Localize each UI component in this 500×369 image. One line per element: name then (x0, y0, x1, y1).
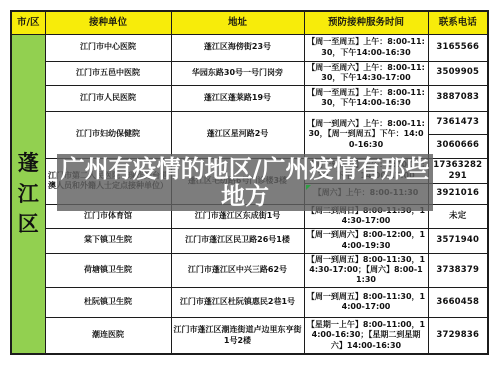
address-cell: 华园东路30号一号门岗旁 (171, 61, 304, 85)
time-cell: 【周一到周六】8:00-12:00，14:00-19:30 (304, 228, 428, 253)
table-row: 江门市妇幼保健院蓬江区星河路2号【周一到周六】上午：8:00-11:30，【周一… (11, 111, 488, 134)
column-header: 市/区 (11, 11, 45, 34)
phone-cell: 未定 (428, 204, 488, 228)
phone-cell: 3165566 (428, 34, 488, 61)
unit-cell: 江门市五邑中医院 (45, 61, 171, 85)
table-row: 杜阮镇卫生院江门市蓬江区杜阮镇惠民2巷1号【周一到周五】8:00-11:30，1… (11, 287, 488, 317)
column-header: 接种单位 (45, 11, 171, 34)
time-cell: 【周一至周五】上午：8:00-11:30，下午14:00-16:30 (304, 85, 428, 111)
address-cell: 江门市蓬江区民卫路26号1楼 (171, 228, 304, 253)
column-header: 联系电话 (428, 11, 488, 34)
time-cell: 【周一至周五】上午：8:00-11:30，下午14:00-16:30 (304, 34, 428, 61)
page: 市/区接种单位地址预防接种服务时间联系电话 蓬江区江门市中心医院蓬江区海傍街23… (0, 0, 500, 369)
table-header-row: 市/区接种单位地址预防接种服务时间联系电话 (11, 11, 488, 34)
phone-cell: 3509905 (428, 61, 488, 85)
address-cell: 江门市蓬江区中兴三路62号 (171, 253, 304, 287)
time-cell: 【周一到周五】8:00-11:30，14:30-17:00；【周六】8:00-1… (304, 253, 428, 287)
table-row: 潮连医院江门市蓬江区潮连街道卢边里东亨街1号2楼【星期一上午】8:00-11:0… (11, 317, 488, 354)
address-cell: 蓬江区蓬莱路19号 (171, 85, 304, 111)
unit-cell: 江门市中心医院 (45, 34, 171, 61)
watermark-overlay: 广州有疫情的地区/广州疫情有那些 地方 (57, 154, 433, 211)
table-row: 江门市人民医院蓬江区蓬莱路19号【周一至周五】上午：8:00-11:30，下午1… (11, 85, 488, 111)
watermark-line1: 广州有疫情的地区/广州疫情有那些 (61, 156, 430, 183)
district-char: 蓬 (14, 148, 43, 178)
district-char: 区 (14, 209, 43, 239)
unit-cell: 荷塘镇卫生院 (45, 253, 171, 287)
unit-cell: 潮连医院 (45, 317, 171, 354)
time-cell: 【星期一上午】8:00-11:00，14:00-16:30；【星期二到星期六】1… (304, 317, 428, 354)
phone-cell: 3571940 (428, 228, 488, 253)
watermark-line2: 地方 (221, 183, 269, 210)
phone-cell: 3738379 (428, 253, 488, 287)
table-row: 棠下镇卫生院江门市蓬江区民卫路26号1楼【周一到周六】8:00-12:00，14… (11, 228, 488, 253)
address-cell: 江门市蓬江区杜阮镇惠民2巷1号 (171, 287, 304, 317)
phone-cell: 3729836 (428, 317, 488, 354)
unit-cell: 江门市人民医院 (45, 85, 171, 111)
excel-corner-marker-icon (306, 185, 311, 190)
phone-cell: 17363282291 (428, 158, 488, 183)
table-row: 蓬江区江门市中心医院蓬江区海傍街23号【周一至周五】上午：8:00-11:30，… (11, 34, 488, 61)
time-cell: 【周一到周五】8:00-11:30，14:00-17:00 (304, 287, 428, 317)
table-row: 荷塘镇卫生院江门市蓬江区中兴三路62号【周一到周五】8:00-11:30，14:… (11, 253, 488, 287)
column-header: 预防接种服务时间 (304, 11, 428, 34)
unit-cell: 杜阮镇卫生院 (45, 287, 171, 317)
district-cell: 蓬江区 (11, 34, 45, 354)
phone-cell: 3060666 (428, 134, 488, 158)
district-char: 江 (14, 179, 43, 209)
address-cell: 蓬江区海傍街23号 (171, 34, 304, 61)
unit-cell: 江门市妇幼保健院 (45, 111, 171, 158)
phone-cell: 3921016 (428, 183, 488, 204)
time-cell: 【周一至周六】上午：8:00-11:30，下午14:30-17:00 (304, 61, 428, 85)
phone-cell: 7361473 (428, 111, 488, 134)
unit-cell: 棠下镇卫生院 (45, 228, 171, 253)
phone-cell: 3660458 (428, 287, 488, 317)
address-cell: 蓬江区星河路2号 (171, 111, 304, 158)
time-cell: 【周一到周六】上午：8:00-11:30，【周一到周五】下午：14:00-16:… (304, 111, 428, 158)
table-row: 江门市五邑中医院华园东路30号一号门岗旁【周一至周六】上午：8:00-11:30… (11, 61, 488, 85)
phone-cell: 3887083 (428, 85, 488, 111)
column-header: 地址 (171, 11, 304, 34)
address-cell: 江门市蓬江区潮连街道卢边里东亨街1号2楼 (171, 317, 304, 354)
